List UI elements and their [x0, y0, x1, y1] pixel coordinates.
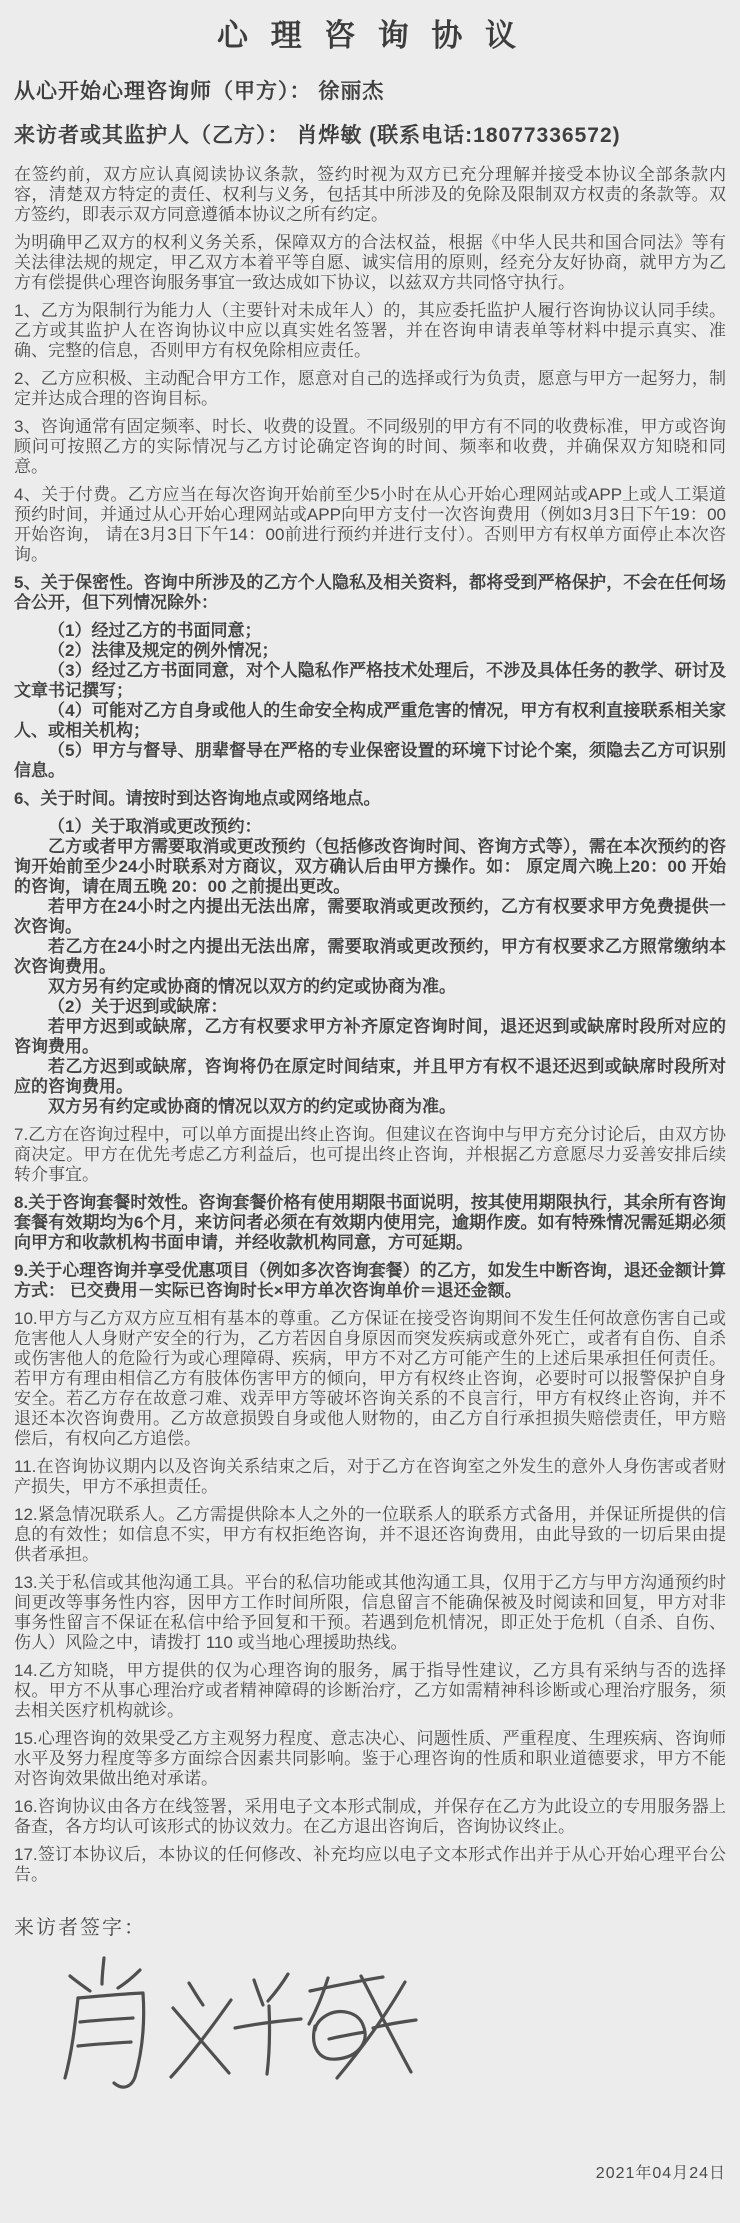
agreement-paragraph: 13.关于私信或其他沟通工具。平台的私信功能或其他沟通工具，仅用于乙方与甲方沟通… [14, 1573, 726, 1653]
agreement-paragraph: 1、乙方为限制行为能力人（主要针对未成年人）的，其应委托监护人履行咨询协议认同手… [14, 301, 726, 361]
agreement-paragraph: 12.紧急情况联系人。乙方需提供除本人之外的一位联系人的联系方式备用，并保证所提… [14, 1505, 726, 1565]
visitor-signature-handwriting [42, 1950, 432, 2098]
agreement-paragraph: 11.在咨询协议期内以及咨询关系结束之后，对于乙方在咨询室之外发生的意外人身伤害… [14, 1457, 726, 1497]
agreement-paragraph: 乙方或者甲方需要取消或更改预约（包括修改咨询时间、咨询方式等），需在本次预约的咨… [14, 837, 726, 897]
agreement-paragraph: 若乙方迟到或缺席，咨询将仍在原定时间结束，并且甲方有权不退还迟到或缺席时段所对应… [14, 1057, 726, 1097]
signature-date: 2021年04月24日 [14, 2160, 726, 2183]
agreement-paragraph: （1）关于取消或更改预约： [14, 817, 726, 837]
agreement-paragraph: （4）可能对乙方自身或他人的生命安全构成严重危害的情况，甲方有权利直接联系相关家… [14, 701, 726, 741]
agreement-paragraph: 双方另有约定或协商的情况以双方的约定或协商为准。 [14, 1097, 726, 1117]
agreement-paragraph: 9.关于心理咨询并享受优惠项目（例如多次咨询套餐）的乙方，如发生中断咨询，退还金… [14, 1261, 726, 1301]
agreement-paragraph: 17.签订本协议后，本协议的任何修改、补充均应以电子文本形式作出并于从心开始心理… [14, 1845, 726, 1885]
visitor-signature-label: 来访者签字： [14, 1911, 726, 1940]
agreement-paragraph: 为明确甲乙双方的权利义务关系，保障双方的合法权益，根据《中华人民共和国合同法》等… [14, 233, 726, 293]
agreement-paragraph: 若甲方迟到或缺席，乙方有权要求甲方补齐原定咨询时间，退还迟到或缺席时段所对应的咨… [14, 1017, 726, 1057]
signature-block: 来访者签字： [14, 1911, 726, 2098]
agreement-paragraph: 若甲方在24小时之内提出无法出席，需要取消或更改预约，乙方有权要求甲方免费提供一… [14, 897, 726, 937]
agreement-paragraph: 2、乙方应积极、主动配合甲方工作，愿意对自己的选择或行为负责，愿意与甲方一起努力… [14, 369, 726, 409]
agreement-body: 在签约前，双方应认真阅读协议条款，签约时视为双方已充分理解并接受本协议全部条款内… [14, 165, 726, 1885]
agreement-paragraph: 8.关于咨询套餐时效性。咨询套餐价格有使用期限书面说明，按其使用期限执行，其余所… [14, 1193, 726, 1253]
agreement-paragraph: （2）关于迟到或缺席： [14, 997, 726, 1017]
agreement-paragraph: （5）甲方与督导、朋辈督导在严格的专业保密设置的环境下讨论个案，须隐去乙方可识别… [14, 741, 726, 781]
agreement-page: 心 理 咨 询 协 议 从心开始心理咨询师（甲方）： 徐丽杰 来访者或其监护人（… [0, 0, 740, 2223]
party-a-line: 从心开始心理咨询师（甲方）： 徐丽杰 [14, 75, 726, 105]
agreement-paragraph: 7.乙方在咨询过程中，可以单方面提出终止咨询。但建议在咨询中与甲方充分讨论后，由… [14, 1125, 726, 1185]
agreement-paragraph: 16.咨询协议由各方在线签署，采用电子文本形式制成，并保存在乙方为此设立的专用服… [14, 1797, 726, 1837]
agreement-paragraph: 4、关于付费。乙方应当在每次咨询开始前至少5小时在从心开始心理网站或APP上或人… [14, 485, 726, 565]
agreement-paragraph: 5、关于保密性。咨询中所涉及的乙方个人隐私及相关资料，都将受到严格保护，不会在任… [14, 573, 726, 613]
agreement-paragraph: 6、关于时间。请按时到达咨询地点或网络地点。 [14, 789, 726, 809]
party-b-line: 来访者或其监护人（乙方）： 肖烨敏 (联系电话:18077336572) [14, 119, 726, 149]
agreement-paragraph: （2）法律及规定的例外情况； [14, 641, 726, 661]
agreement-paragraph: （1）经过乙方的书面同意； [14, 621, 726, 641]
agreement-paragraph: 15.心理咨询的效果受乙方主观努力程度、意志决心、问题性质、严重程度、生理疾病、… [14, 1729, 726, 1789]
page-title: 心 理 咨 询 协 议 [14, 10, 726, 55]
agreement-paragraph: 10.甲方与乙方双方应互相有基本的尊重。乙方保证在接受咨询期间不发生任何故意伤害… [14, 1309, 726, 1449]
agreement-paragraph: 在签约前，双方应认真阅读协议条款，签约时视为双方已充分理解并接受本协议全部条款内… [14, 165, 726, 225]
agreement-paragraph: 若乙方在24小时之内提出无法出席，需要取消或更改预约，甲方有权要求乙方照常缴纳本… [14, 937, 726, 977]
agreement-paragraph: （3）经过乙方书面同意，对个人隐私作严格技术处理后，不涉及具体任务的教学、研讨及… [14, 661, 726, 701]
agreement-paragraph: 3、咨询通常有固定频率、时长、收费的设置。不同级别的甲方有不同的收费标准，甲方或… [14, 417, 726, 477]
agreement-paragraph: 14.乙方知晓，甲方提供的仅为心理咨询的服务，属于指导性建议，乙方具有采纳与否的… [14, 1661, 726, 1721]
agreement-paragraph: 双方另有约定或协商的情况以双方的约定或协商为准。 [14, 977, 726, 997]
